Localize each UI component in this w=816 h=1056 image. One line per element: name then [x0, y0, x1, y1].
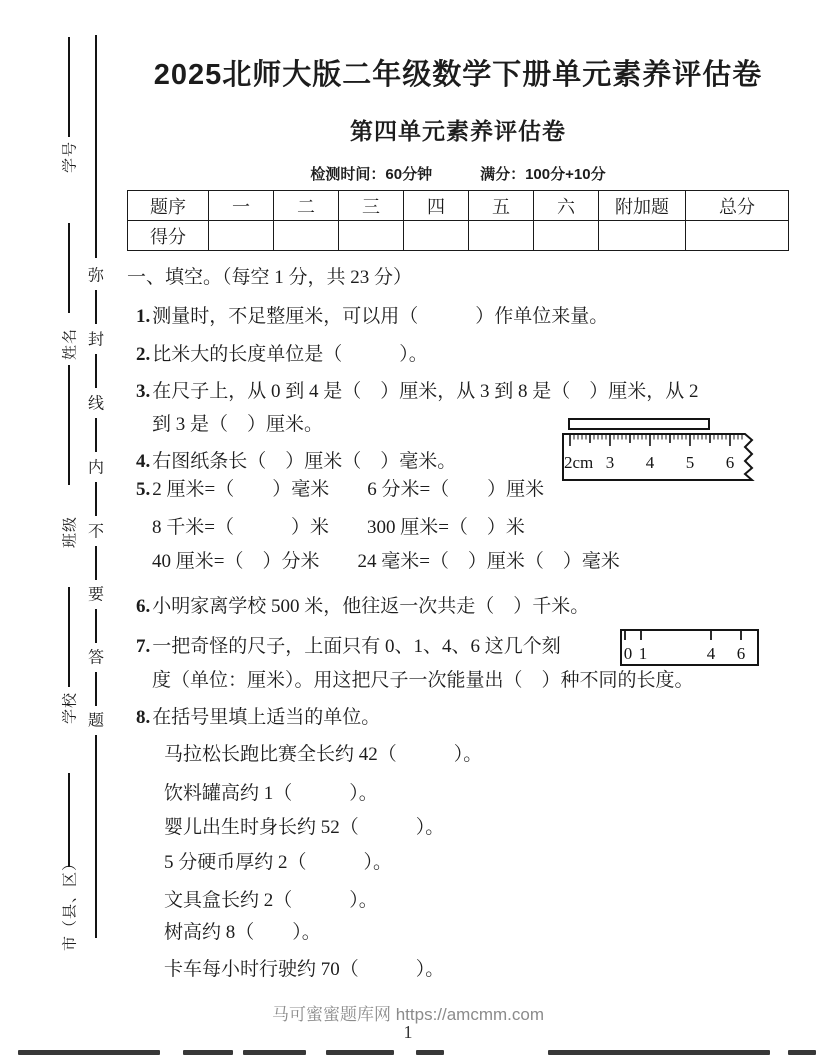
score-col-3: 三 [339, 191, 404, 221]
score-table-corner: 题序 [128, 191, 209, 221]
exam-paper-page: 学号 姓名 班级 学校 市（县、区） 弥 封 线 内 不 要 答 题 2025北… [0, 0, 816, 1056]
question-8: 8.在括号里填上适当的单位。 [136, 706, 380, 730]
page-edge-artifact [416, 1050, 444, 1055]
seal-char: 不 [88, 519, 104, 542]
score-table-score-row: 得分 [128, 221, 789, 251]
seal-line-segment [95, 672, 97, 706]
school-fill-line [68, 587, 70, 687]
score-table: 题序 一 二 三 四 五 六 附加题 总分 得分 [127, 190, 789, 251]
class-fill-line [68, 365, 70, 485]
page-edge-artifact [788, 1050, 816, 1055]
ruler-mark-5: 5 [686, 453, 695, 472]
exam-info: 检测时间：60分钟满分：100分+10分 [115, 163, 801, 184]
page-number: 1 [0, 1022, 816, 1043]
score-col-4: 四 [404, 191, 469, 221]
question-8-text: 在括号里填上适当的单位。 [152, 707, 380, 728]
score-cell [534, 221, 599, 251]
question-3-continued: 到 3 是（ ）厘米。 [152, 413, 323, 437]
page-edge-artifact [18, 1050, 160, 1055]
seal-line-segment [95, 609, 97, 643]
strange-ruler-mark-0: 0 [624, 644, 633, 663]
seal-line-segment [95, 35, 97, 258]
question-7-continued: 度（单位：厘米）。用这把尺子一次能量出（ ）种不同的长度。 [152, 669, 694, 693]
seal-char: 封 [88, 327, 104, 350]
score-cell [686, 221, 789, 251]
question-7-text: 一把奇怪的尺子，上面只有 0、1、4、6 这几个刻 [152, 636, 561, 657]
seal-line-segment [95, 546, 97, 580]
section-one-heading: 一、填空。（每空 1 分，共 23 分） [127, 266, 412, 290]
question-2-number: 2. [136, 344, 150, 365]
strange-ruler-mark-1: 1 [639, 644, 648, 663]
seal-char: 弥 [88, 263, 104, 286]
city-fill-line [68, 773, 70, 867]
question-5-line-2: 8 千米=（ ）米 300 厘米=（ ）米 [152, 516, 525, 540]
student-id-fill-line [68, 37, 70, 137]
question-1: 1.测量时，不足整厘米，可以用（ ）作单位来量。 [136, 305, 608, 329]
question-8-number: 8. [136, 707, 150, 728]
seal-char: 题 [88, 708, 104, 731]
seal-line-segment [95, 735, 97, 938]
question-7: 7.一把奇怪的尺子，上面只有 0、1、4、6 这几个刻 [136, 635, 561, 659]
question-5-line-3: 40 厘米=（ ）分米 24 毫米=（ ）厘米（ ）毫米 [152, 550, 620, 574]
field-label-school: 学校 [59, 692, 80, 724]
score-cell [404, 221, 469, 251]
question-1-text: 测量时，不足整厘米，可以用（ ）作单位来量。 [152, 306, 608, 327]
question-3-number: 3. [136, 381, 150, 402]
score-cell [339, 221, 404, 251]
exam-full-score: 满分：100分+10分 [480, 166, 605, 183]
seal-line-segment [95, 354, 97, 388]
paper-title: 2025北师大版二年级数学下册单元素养评估卷 [115, 52, 801, 93]
question-3: 3.在尺子上，从 0 到 4 是（ ）厘米，从 3 到 8 是（ ）厘米，从 2 [136, 380, 699, 404]
seal-line-segment [95, 482, 97, 516]
ruler-mark-3: 3 [606, 453, 615, 472]
score-col-2: 二 [274, 191, 339, 221]
question-8-item-baby: 婴儿出生时身长约 52（ ）。 [164, 816, 444, 840]
question-5: 5.2 厘米=（ ）毫米 6 分米=（ ）厘米 [136, 478, 544, 502]
unit-subtitle: 第四单元素养评估卷 [115, 113, 801, 146]
page-edge-artifact [326, 1050, 394, 1055]
question-8-item-pencilbox: 文具盒长约 2（ ）。 [164, 889, 378, 913]
field-label-name: 姓名 [59, 328, 80, 360]
paper-strip-ruler-figure: 2cm 3 4 5 6 [562, 416, 758, 482]
score-col-5: 五 [469, 191, 534, 221]
question-2-text: 比米大的长度单位是（ ）。 [152, 344, 428, 365]
question-3-text: 在尺子上，从 0 到 4 是（ ）厘米，从 3 到 8 是（ ）厘米，从 2 [152, 381, 698, 402]
page-edge-artifact [548, 1050, 770, 1055]
score-cell [469, 221, 534, 251]
name-fill-line [68, 223, 70, 313]
question-8-item-tree: 树高约 8（ ）。 [164, 921, 321, 945]
seal-char: 答 [88, 645, 104, 668]
field-label-city: 市（县、区） [59, 855, 80, 951]
question-2: 2.比米大的长度单位是（ ）。 [136, 343, 428, 367]
question-7-number: 7. [136, 636, 150, 657]
exam-time: 检测时间：60分钟 [310, 166, 432, 183]
question-8-item-coin: 5 分硬币厚约 2（ ）。 [164, 851, 392, 875]
question-6: 6.小明家离学校 500 米，他往返一次共走（ ）千米。 [136, 595, 589, 619]
paper-strip [569, 419, 709, 429]
question-8-item-can: 饮料罐高约 1（ ）。 [164, 782, 378, 806]
seal-char: 内 [88, 455, 104, 478]
page-edge-artifact [183, 1050, 233, 1055]
question-8-item-truck: 卡车每小时行驶约 70（ ）。 [164, 958, 444, 982]
question-4-number: 4. [136, 451, 150, 472]
strange-ruler-mark-6: 6 [737, 644, 746, 663]
score-cell [599, 221, 686, 251]
score-col-bonus: 附加题 [599, 191, 686, 221]
seal-line-segment [95, 418, 97, 452]
question-8-item-marathon: 马拉松长跑比赛全长约 42（ ）。 [164, 743, 482, 767]
seal-char: 线 [88, 391, 104, 414]
strange-ruler-figure: 0 1 4 6 [620, 629, 760, 667]
question-5-number: 5. [136, 479, 150, 500]
score-col-total: 总分 [686, 191, 789, 221]
question-4: 4.右图纸条长（ ）厘米（ ）毫米。 [136, 450, 456, 474]
field-label-class: 班级 [59, 516, 80, 548]
page-edge-artifact [243, 1050, 306, 1055]
seal-char: 要 [88, 582, 104, 605]
ruler-mark-2cm: 2cm [564, 453, 593, 472]
question-6-number: 6. [136, 596, 150, 617]
score-col-1: 一 [209, 191, 274, 221]
question-5-text: 2 厘米=（ ）毫米 6 分米=（ ）厘米 [152, 479, 544, 500]
question-6-text: 小明家离学校 500 米，他往返一次共走（ ）千米。 [152, 596, 589, 617]
field-label-student-id: 学号 [59, 141, 80, 173]
score-row-label: 得分 [128, 221, 209, 251]
question-4-text: 右图纸条长（ ）厘米（ ）毫米。 [152, 451, 456, 472]
ruler-mark-6: 6 [726, 453, 735, 472]
question-1-number: 1. [136, 306, 150, 327]
seal-line-segment [95, 290, 97, 324]
score-col-6: 六 [534, 191, 599, 221]
score-cell [274, 221, 339, 251]
score-cell [209, 221, 274, 251]
strange-ruler-mark-4: 4 [707, 644, 716, 663]
ruler-mark-4: 4 [646, 453, 655, 472]
score-table-header-row: 题序 一 二 三 四 五 六 附加题 总分 [128, 191, 789, 221]
